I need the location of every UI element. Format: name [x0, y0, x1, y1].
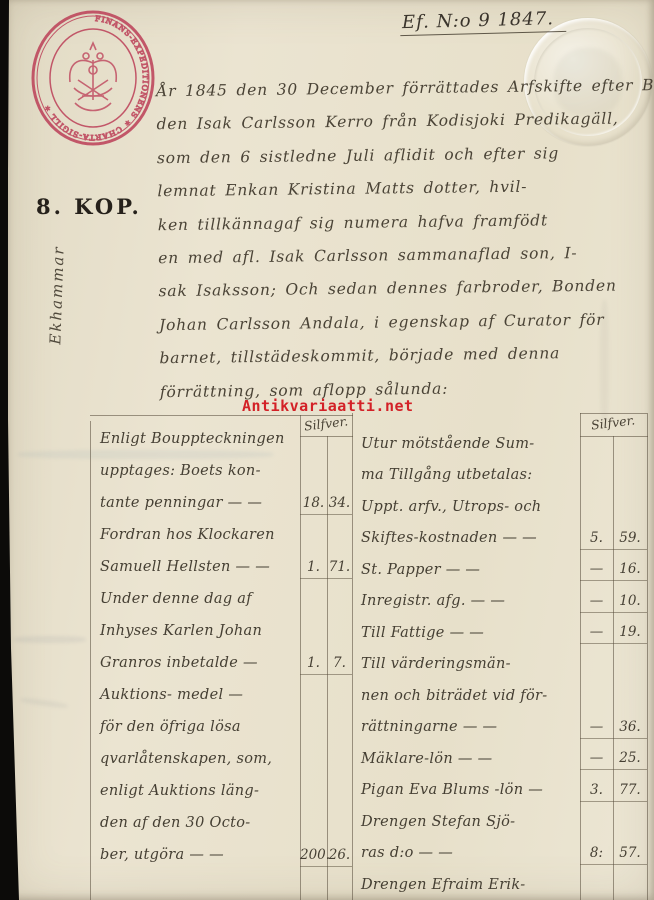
assets-column: Enligt Bouppteckningenupptages: Boets ko…: [90, 423, 352, 871]
entry-text: Granros inbetalde —: [90, 655, 300, 671]
amount-rubel: 8:: [580, 842, 613, 865]
amount-kopek: [613, 874, 647, 896]
amount-kopek: [613, 433, 647, 455]
amount-rubel: [300, 428, 327, 450]
entry-text: St. Papper — —: [352, 562, 580, 578]
entry-text: Skiftes-kostnaden — —: [352, 530, 580, 546]
entry-text: qvarlåtenskapen, som,: [90, 751, 300, 767]
amount-kopek: 77.: [613, 779, 647, 802]
svg-text:FINANS-EXPEDITIONENS ✶ CHARTA-: FINANS-EXPEDITIONENS ✶ CHARTA-SIGILL ✶: [42, 14, 150, 142]
amount-kopek: [327, 524, 352, 546]
table-rule-right-border: [647, 413, 648, 900]
entry-text: Inhyses Karlen Johan: [90, 623, 300, 639]
watermark-text: Antikvariaatti.net: [242, 397, 414, 415]
table-row: Utur mötstående Sum-: [352, 428, 647, 460]
entry-text: upptages: Boets kon-: [90, 463, 300, 479]
amount-rubel: [300, 748, 327, 770]
stamp-eagle-emblem: [70, 43, 117, 111]
amount-rubel: 200.: [300, 844, 327, 867]
table-row: Drengen Stefan Sjö-: [352, 806, 647, 838]
table-row: Inhyses Karlen Johan: [90, 615, 352, 647]
entry-text: Auktions- medel —: [90, 687, 300, 703]
scanned-document-page: FINANS-EXPEDITIONENS ✶ CHARTA-SIGILL ✶ E…: [0, 0, 654, 900]
amount-kopek: [327, 812, 352, 834]
table-row: Auktions- medel —: [90, 679, 352, 711]
amount-rubel: [580, 496, 613, 518]
amount-kopek: 59.: [613, 527, 647, 550]
table-row: Mäklare-lön — ——25.: [352, 743, 647, 775]
table-row: Under denne dag af: [90, 583, 352, 615]
entry-text: för den öfriga lösa: [90, 719, 300, 735]
entry-text: ras d:o — —: [352, 845, 580, 861]
entry-text: enligt Auktions läng-: [90, 783, 300, 799]
table-row: upptages: Boets kon-: [90, 455, 352, 487]
revenue-stamp-seal-icon: FINANS-EXPEDITIONENS ✶ CHARTA-SIGILL ✶: [30, 8, 156, 148]
table-row: den af den 30 Octo-: [90, 807, 352, 839]
amount-kopek: [613, 811, 647, 833]
amount-kopek: [613, 653, 647, 675]
table-row: rättningarne — ——36.: [352, 712, 647, 744]
entry-text: Uppt. arfv., Utrops- och: [352, 499, 580, 515]
amount-rubel: 1.: [300, 556, 327, 579]
amount-kopek: [613, 685, 647, 707]
table-row: nen och biträdet vid för-: [352, 680, 647, 712]
table-row: ras d:o — —8:57.: [352, 838, 647, 870]
amount-kopek: [327, 780, 352, 802]
entry-text: Drengen Efraim Erik-: [352, 877, 580, 893]
amount-rubel: [300, 524, 327, 546]
table-row: Till Fattige — ——19.: [352, 617, 647, 649]
table-row: tante penningar — —18.34.: [90, 487, 352, 519]
table-row: ma Tillgång utbetalas:: [352, 460, 647, 492]
entry-text: rättningarne — —: [352, 719, 580, 735]
amount-kopek: 16.: [613, 558, 647, 581]
table-row: enligt Auktions läng-: [90, 775, 352, 807]
entry-text: Till värderingsmän-: [352, 656, 580, 672]
amount-kopek: [327, 620, 352, 642]
amount-kopek: [327, 684, 352, 706]
amount-rubel: [300, 812, 327, 834]
amount-rubel: 3.: [580, 779, 613, 802]
amount-kopek: 7.: [327, 652, 352, 675]
amount-kopek: 36.: [613, 716, 647, 739]
amount-rubel: —: [580, 558, 613, 581]
amount-rubel: —: [580, 590, 613, 613]
amount-rubel: 5.: [580, 527, 613, 550]
amount-kopek: 10.: [613, 590, 647, 613]
entry-text: Pigan Eva Blums -lön —: [352, 782, 580, 798]
amount-kopek: [327, 460, 352, 482]
amount-rubel: [300, 460, 327, 482]
entry-text: Under denne dag af: [90, 591, 300, 607]
deed-text-block: År 1845 den 30 December förrättades Arfs…: [156, 69, 654, 409]
disbursements-column: Utur mötstående Sum-ma Tillgång utbetala…: [352, 428, 647, 900]
table-row: ber, utgöra — —200.26.: [90, 839, 352, 871]
entry-text: Drengen Stefan Sjö-: [352, 814, 580, 830]
table-row: Till värderingsmän-: [352, 649, 647, 681]
table-row: qvarlåtenskapen, som,: [90, 743, 352, 775]
amount-kopek: [327, 588, 352, 610]
amount-rubel: —: [580, 747, 613, 770]
entry-text: nen och biträdet vid för-: [352, 688, 580, 704]
table-row: för den öfriga lösa: [90, 711, 352, 743]
amount-kopek: 26.: [327, 844, 352, 867]
amount-rubel: [580, 653, 613, 675]
amount-kopek: [327, 748, 352, 770]
table-row: Uppt. arfv., Utrops- och: [352, 491, 647, 523]
amount-rubel: —: [580, 621, 613, 644]
handwritten-line: sak Isaksson; Och sedan dennes farbroder…: [158, 269, 654, 309]
amount-kopek: 57.: [613, 842, 647, 865]
amount-kopek: [327, 428, 352, 450]
entry-text: ber, utgöra — —: [90, 847, 300, 863]
entry-text: ma Tillgång utbetalas:: [352, 467, 580, 483]
amount-rubel: [580, 874, 613, 896]
table-row: Fordran hos Klockaren: [90, 519, 352, 551]
entry-text: Till Fattige — —: [352, 625, 580, 641]
entry-text: Inregistr. afg. — —: [352, 593, 580, 609]
amount-rubel: —: [580, 716, 613, 739]
amount-rubel: [300, 684, 327, 706]
table-row: Drengen Efraim Erik-: [352, 869, 647, 900]
table-row: Inregistr. afg. — ——10.: [352, 586, 647, 618]
handwritten-line: Johan Carlsson Andala, i egenskap af Cur…: [159, 303, 654, 343]
entry-text: den af den 30 Octo-: [90, 815, 300, 831]
amount-kopek: [613, 464, 647, 486]
entry-text: Mäklare-lön — —: [352, 751, 580, 767]
amount-rubel: [580, 685, 613, 707]
table-row: Skiftes-kostnaden — —5.59.: [352, 523, 647, 555]
entry-text: Enligt Bouppteckningen: [90, 431, 300, 447]
amount-rubel: [580, 433, 613, 455]
entry-text: tante penningar — —: [90, 495, 300, 511]
amount-rubel: [300, 780, 327, 802]
entry-text: Fordran hos Klockaren: [90, 527, 300, 543]
amount-rubel: [300, 716, 327, 738]
entry-text: Utur mötstående Sum-: [352, 436, 580, 452]
docket-number: Ef. N:o 9 1847.: [400, 8, 567, 36]
amount-kopek: [327, 716, 352, 738]
amount-rubel: [580, 464, 613, 486]
table-row: Granros inbetalde —1.7.: [90, 647, 352, 679]
handwritten-line: den Isak Carlsson Kerro från Kodisjoki P…: [156, 102, 654, 142]
table-row: Enligt Bouppteckningen: [90, 423, 352, 455]
amount-rubel: [580, 811, 613, 833]
entry-text: Samuell Hellsten — —: [90, 559, 300, 575]
amount-kopek: 34.: [327, 492, 352, 515]
table-rule-top-left: [90, 415, 353, 416]
table-row: Samuell Hellsten — —1.71.: [90, 551, 352, 583]
amount-rubel: 18.: [300, 492, 327, 515]
stamp-ring-text: FINANS-EXPEDITIONENS ✶ CHARTA-SIGILL ✶: [42, 14, 150, 142]
amount-kopek: 19.: [613, 621, 647, 644]
amount-rubel: 1.: [300, 652, 327, 675]
amount-kopek: [613, 496, 647, 518]
amount-rubel: [300, 588, 327, 610]
amount-rubel: [300, 620, 327, 642]
table-row: St. Papper — ——16.: [352, 554, 647, 586]
table-row: Pigan Eva Blums -lön —3.77.: [352, 775, 647, 807]
estate-account-table: Silfver. Silfver. Enligt Bouppteckningen…: [0, 413, 654, 900]
amount-kopek: 71.: [327, 556, 352, 579]
amount-kopek: 25.: [613, 747, 647, 770]
